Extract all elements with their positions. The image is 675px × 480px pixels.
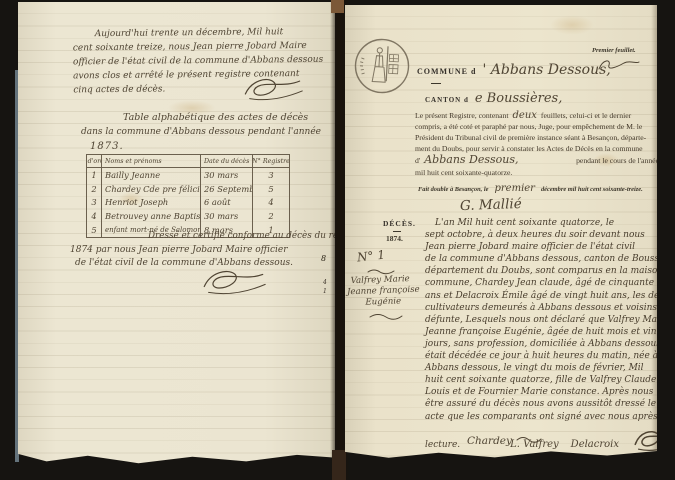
act-line: commune, Chardey Jean claude, âgé de cin… (425, 277, 659, 289)
cell-registre: 5 (268, 184, 273, 194)
printed-preamble: Le présent Registre, contenant deux feui… (415, 111, 659, 179)
table-title-line: 1873. (90, 141, 124, 152)
col-header-date: Date du décès (204, 158, 249, 165)
act-line: cultivateurs demeurés à Abbans dessous e… (425, 302, 659, 314)
canton-row: CANTON d e Boussières, (425, 89, 562, 107)
mayor-signature-paraph (630, 425, 675, 454)
edge-ink-mark: 4 (323, 279, 327, 286)
table-row: 1 Bailly Jeanne 30 mars 3 (87, 168, 289, 182)
deces-dash (393, 231, 401, 232)
binding-strip-bottom (332, 450, 346, 480)
fait-double-text: Fait double à Besançon, le (418, 186, 488, 193)
paper-stain (550, 15, 594, 35)
cell-ordre: 4 (91, 211, 96, 221)
table-row: 4 Betrouvey anne Baptiste 30 mars 2 (87, 209, 289, 223)
deces-year: 1874. (386, 234, 403, 243)
act-line: Abbans dessous, le vingt du mois de févr… (425, 362, 659, 374)
commune-label: COMMUNE d (417, 67, 476, 76)
table-title-line: dans la commune d'Abbans dessous pendant… (81, 127, 321, 137)
scanned-register-spread: Aujourd'hui trente un décembre, Mil huit… (0, 0, 675, 480)
act-line: être assuré du décès nous avons aussitôt… (425, 398, 659, 410)
deces-label: DÉCÈS. (383, 219, 416, 228)
signature-row: lecture. L. Valfrey Delacroix (425, 421, 675, 450)
witness-signature: Delacroix (571, 439, 619, 450)
cell-registre: 3 (268, 170, 273, 180)
act-line: ans et Delacroix Émile âgé de vingt huit… (425, 290, 659, 302)
act-number: N° 1 (356, 248, 385, 265)
witness-signature: Chardey (467, 435, 512, 447)
table-header-row: N° d'ordre Noms et prénoms Date du décès… (87, 155, 289, 168)
cell-ordre: 2 (91, 184, 96, 194)
act-line: Louis et de Fournier Marie constance. Ap… (425, 386, 659, 398)
binding-strip-top (331, 0, 344, 13)
preamble-text: feuillets, celui-ci et le dernier (541, 111, 631, 122)
col-header-noms: Noms et prénoms (105, 158, 162, 165)
folio-label: Premier feuillet. (592, 47, 636, 54)
commune-value: ' Abbans Dessous, (482, 62, 610, 78)
act-line: lecture. (425, 440, 460, 450)
judge-signature: G. Mallié (460, 196, 522, 214)
act-line: huit cent soixante quatorze, fille de Va… (425, 374, 659, 386)
act-line: défunte, Lesquels nous ont déclaré que V… (425, 314, 659, 326)
margin-deceased-name: Valfrey Marie Jeanne françoise Eugénie (346, 274, 420, 310)
cell-nom: Henriot Joseph (105, 197, 168, 207)
act-line: était décédée ce jour à huit heures du m… (425, 350, 659, 362)
fait-double-handwritten-date: premier (494, 183, 534, 194)
cell-registre: 2 (268, 211, 273, 221)
mayor-signature-paraph (197, 264, 270, 298)
canton-label: CANTON d (425, 96, 469, 104)
table-row: 3 Henriot Joseph 6 août 4 (87, 196, 289, 210)
preamble-text: pendant le cours de l'année (576, 156, 659, 167)
col-header-ordre: N° d'ordre (87, 158, 102, 165)
mayor-signature-paraph (239, 72, 307, 105)
alphabetical-table: N° d'ordre Noms et prénoms Date du décès… (86, 154, 290, 238)
commune-row: COMMUNE d ' Abbans Dessous, (417, 61, 611, 79)
table-row: 2 Chardey Cde pre félicien 26 Septembre … (87, 182, 289, 196)
preamble-handwritten-word: deux (513, 111, 537, 122)
cell-ordre: 3 (91, 197, 96, 207)
fait-double-line: Fait double à Besançon, le premier décem… (418, 183, 643, 194)
cell-date: 6 août (204, 197, 231, 207)
preamble-handwritten-commune: Abbans Dessous, (424, 155, 518, 166)
certification-line: 1874 par nous Jean pierre Jobard Maire o… (70, 245, 288, 255)
preamble-text: compris, a été coté et paraphé par nous,… (415, 122, 659, 133)
act-line: jours, sans profession, domiciliée à Abb… (425, 338, 659, 350)
act-line: département du Doubs, sont comparus en l… (425, 265, 659, 277)
preamble-text: Le présent Registre, contenant (415, 111, 509, 122)
act-line: Jeanne françoise Eugénie, âgée de huit m… (425, 326, 659, 338)
col-header-registre: N° Registre (253, 158, 289, 165)
act-line: de la commune d'Abbans dessous, canton d… (425, 253, 659, 265)
margin-name-line: Eugénie (365, 296, 420, 309)
edge-ink-mark: 1 (323, 288, 327, 295)
signature-flourish (516, 434, 542, 444)
signature-row-2: Chardey (467, 434, 542, 447)
act-line: sept octobre, à deux heures du soir deva… (425, 229, 659, 241)
cell-date: 30 mars (204, 170, 238, 180)
right-page: Premier feuillet. COMMUNE d ' Abbans Des… (345, 5, 657, 461)
death-act-body: L'an Mil huit cent soixante quatorze, le… (425, 217, 659, 423)
cell-ordre: 5 (91, 225, 96, 235)
cell-date: 30 mars (204, 211, 238, 221)
cell-nom: Chardey Cde pre félicien (105, 184, 201, 194)
preamble-text: d' (415, 156, 420, 167)
cell-date: 26 Septembre (204, 184, 253, 194)
preamble-text: Président du Tribunal civil de première … (415, 133, 659, 144)
margin-flourish (369, 311, 403, 321)
act-line: Jean pierre Jobard maire officier de l'é… (425, 241, 659, 253)
left-page: Aujourd'hui trente un décembre, Mil huit… (18, 2, 335, 466)
canton-value: e Boussières, (475, 91, 562, 106)
cell-registre: 4 (268, 197, 273, 207)
fait-double-text: décembre mil huit cent soixante-treize. (541, 186, 643, 193)
cell-nom: Bailly Jeanne (105, 170, 160, 180)
timbre-stamp-icon (352, 36, 413, 97)
preamble-text: mil huit cent soixante-quatorze. (415, 168, 659, 179)
cell-nom: Betrouvey anne Baptiste (105, 211, 201, 221)
act-line: L'an Mil huit cent soixante quatorze, le (425, 217, 659, 229)
commune-underline-dash (431, 83, 441, 84)
cell-ordre: 1 (91, 170, 96, 180)
table-title-line: Table alphabétique des actes de décès (123, 112, 308, 123)
edge-ink-mark: 8 (321, 254, 326, 263)
